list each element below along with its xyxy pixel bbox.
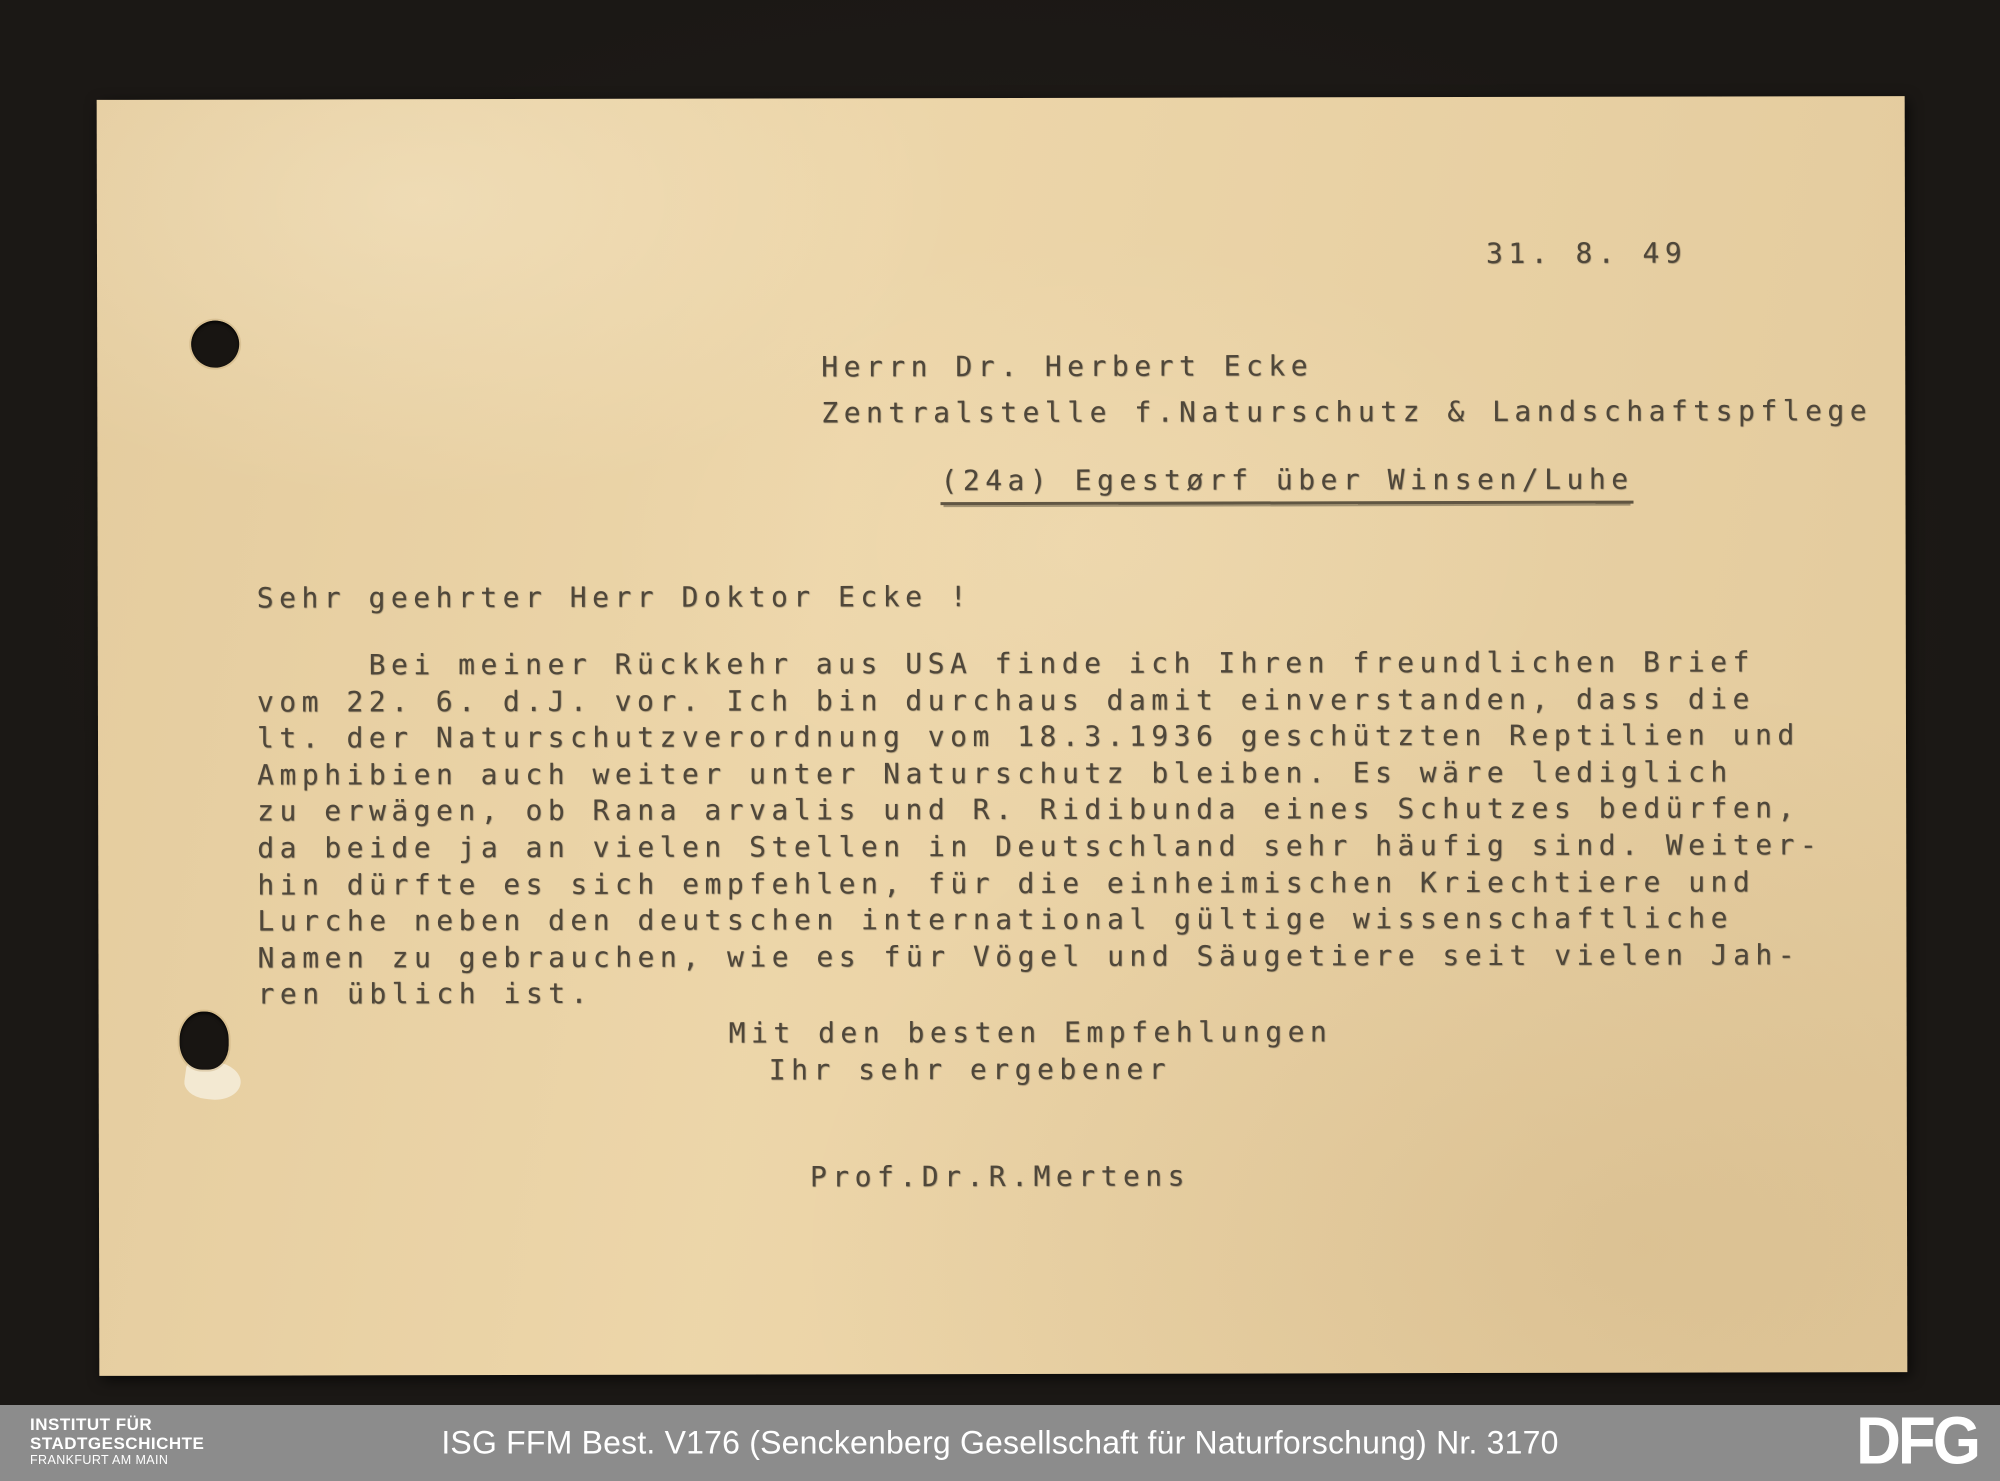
recipient-name: Herrn Dr. Herbert Ecke [821, 349, 1313, 383]
recipient-address: (24a) Egestørf über Winsen/Luhe [940, 463, 1633, 505]
punch-hole-bottom [180, 1012, 229, 1070]
body-line: Bei meiner Rückkehr aus USA finde ich Ih… [257, 644, 1822, 684]
signature: Prof.Dr.R.Mertens [810, 1160, 1190, 1194]
body-line: lt. der Naturschutzverordnung vom 18.3.1… [257, 717, 1822, 757]
archive-footer-bar: INSTITUT FÜR STADTGESCHICHTE FRANKFURT A… [0, 1405, 2000, 1481]
dfg-logo: DFG [1856, 1403, 1978, 1480]
recipient-organization: Zentralstelle f.Naturschutz & Landschaft… [821, 394, 1872, 429]
letter-date: 31. 8. 49 [1486, 237, 1687, 270]
archive-reference-caption: ISG FFM Best. V176 (Senckenberg Gesellsc… [0, 1425, 2000, 1462]
body-line: zu erwägen, ob Rana arvalis und R. Ridib… [257, 791, 1822, 831]
body-line: da beide ja an vielen Stellen in Deutsch… [257, 827, 1822, 867]
closing-phrase-2: Ihr sehr ergebener [769, 1053, 1172, 1087]
letter-body: Bei meiner Rückkehr aus USA finde ich Ih… [257, 644, 1823, 1013]
body-line: Lurche neben den deutschen international… [257, 900, 1822, 940]
salutation: Sehr geehrter Herr Doktor Ecke ! [257, 580, 973, 614]
punch-hole-top [191, 321, 239, 368]
body-line: Amphibien auch weiter unter Naturschutz … [257, 754, 1822, 794]
letter-paper: 31. 8. 49 Herrn Dr. Herbert Ecke Zentral… [97, 96, 1908, 1376]
body-line: ren üblich ist. [258, 974, 1823, 1014]
body-line: vom 22. 6. d.J. vor. Ich bin durchaus da… [257, 681, 1822, 721]
closing-phrase: Mit den besten Empfehlungen [729, 1015, 1333, 1049]
body-line: Namen zu gebrauchen, wie es für Vögel un… [257, 937, 1822, 977]
scanned-letter-page: 31. 8. 49 Herrn Dr. Herbert Ecke Zentral… [0, 0, 2000, 1481]
body-line: hin dürfte es sich empfehlen, für die ei… [257, 864, 1822, 904]
